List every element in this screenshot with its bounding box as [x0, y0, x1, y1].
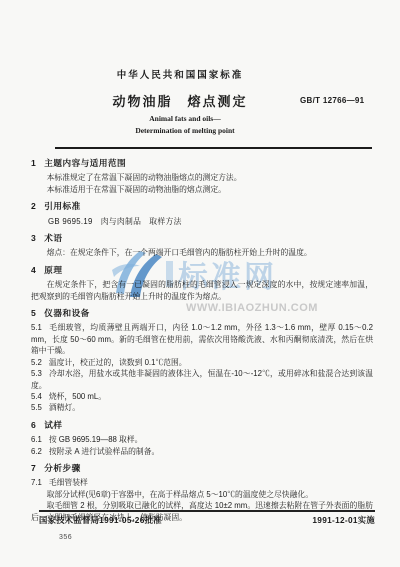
section-7-heading: 7分析步骤: [31, 463, 373, 474]
document-title-en-line1: Animal fats and oils—: [0, 114, 370, 123]
section-number: 4: [31, 265, 36, 275]
section-3-heading: 3术语: [31, 233, 373, 244]
clause-text: 烧杯，500 mL。: [49, 392, 106, 401]
referenced-standard: GB 9695.19 肉与肉制品 取样方法: [48, 216, 373, 227]
clause-number: 5.5: [31, 403, 42, 412]
paragraph: 在规定条件下，把含有一已凝固的脂肪柱的毛细管浸入一规定深度的水中，按规定速率加温…: [31, 279, 373, 302]
approval-text: 国家技术监督局1991-05-26批准: [39, 514, 162, 526]
section-5-heading: 5仪器和设备: [31, 308, 373, 319]
clause-text: 按附录 A 进行试验样品的制备。: [49, 447, 159, 456]
section-2-heading: 2引用标准: [31, 201, 373, 212]
section-title: 引用标准: [44, 201, 80, 211]
section-number: 3: [31, 233, 36, 243]
section-number: 7: [31, 463, 36, 473]
clause-text: 温度计，校正过的，读数到 0.1℃范围。: [49, 358, 187, 367]
clause-text: 毛细管装样: [49, 478, 88, 487]
section-number: 5: [31, 308, 36, 318]
clause: 5.5酒精灯。: [31, 402, 373, 413]
document-page: 中华人民共和国国家标准 动物油脂 熔点测定 GB/T 12766—91 Anim…: [0, 0, 400, 567]
clause-text: 酒精灯。: [49, 403, 80, 412]
clause-number: 5.3: [31, 369, 42, 378]
section-title: 原理: [44, 265, 62, 275]
clause-text: 按 GB 9695.19—88 取样。: [49, 435, 143, 444]
clause-number: 7.1: [31, 478, 42, 487]
paragraph: 熔点：在规定条件下，在一个两端开口毛细管内的脂肪柱开始上升时的温度。: [31, 247, 373, 258]
clause-number: 6.2: [31, 447, 42, 456]
section-title: 仪器和设备: [44, 308, 89, 318]
clause-number: 6.1: [31, 435, 42, 444]
clause-text: 冷却水浴，用盐水或其他非凝固的液体注入，恒温在-10～-12℃，或用碎冰和盐混合…: [31, 369, 373, 389]
clause-number: 5.2: [31, 358, 42, 367]
clause: 5.4烧杯，500 mL。: [31, 391, 373, 402]
paragraph: 本标准适用于在常温下凝固的动物油脂的熔点测定。: [31, 184, 373, 195]
clause: 5.2温度计，校正过的，读数到 0.1℃范围。: [31, 357, 373, 368]
section-6-heading: 6试样: [31, 420, 373, 431]
section-title: 主题内容与适用范围: [44, 158, 126, 168]
section-4-heading: 4原理: [31, 265, 373, 276]
footer-divider: [39, 510, 375, 512]
paragraph: 取部分试样(见6章)于容器中，在高于样品熔点 5～10℃的温度使之尽快融化。: [31, 489, 373, 500]
clause-text: 毛细玻管，均质薄壁且两端开口，内径 1.0～1.2 mm，外径 1.3～1.6 …: [31, 323, 373, 355]
document-body: 1主题内容与适用范围 本标准规定了在常温下凝固的动物油脂熔点的测定方法。 本标准…: [31, 156, 373, 523]
clause-number: 5.4: [31, 392, 42, 401]
standard-number: GB/T 12766—91: [300, 96, 364, 105]
section-title: 术语: [44, 233, 62, 243]
clause: 6.1按 GB 9695.19—88 取样。: [31, 434, 373, 445]
section-title: 试样: [44, 420, 62, 430]
clause: 5.3冷却水浴，用盐水或其他非凝固的液体注入，恒温在-10～-12℃，或用碎冰和…: [31, 368, 373, 391]
section-number: 2: [31, 201, 36, 211]
section-title: 分析步骤: [44, 463, 80, 473]
section-number: 6: [31, 420, 36, 430]
footer: 国家技术监督局1991-05-26批准 1991-12-01实施: [39, 514, 375, 526]
document-title-en-line2: Determination of melting point: [0, 126, 370, 135]
implementation-text: 1991-12-01实施: [312, 514, 375, 526]
clause: 6.2按附录 A 进行试验样品的制备。: [31, 446, 373, 457]
clause-number: 5.1: [31, 323, 42, 332]
header-divider: [55, 147, 372, 149]
standard-org-title: 中华人民共和国国家标准: [0, 67, 360, 81]
page-number: 356: [59, 534, 72, 541]
paragraph: 本标准规定了在常温下凝固的动物油脂熔点的测定方法。: [31, 172, 373, 183]
section-1-heading: 1主题内容与适用范围: [31, 158, 373, 169]
section-number: 1: [31, 158, 36, 168]
clause: 5.1毛细玻管，均质薄壁且两端开口，内径 1.0～1.2 mm，外径 1.3～1…: [31, 322, 373, 356]
clause: 7.1毛细管装样: [31, 477, 373, 488]
